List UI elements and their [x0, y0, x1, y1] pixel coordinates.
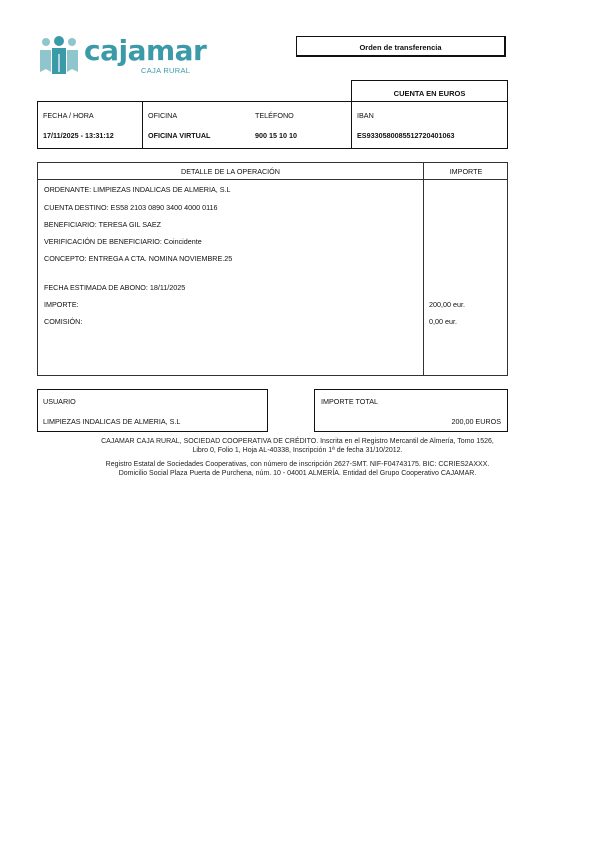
legal-footer: CAJAMAR CAJA RURAL, SOCIEDAD COOPERATIVA… — [0, 437, 595, 478]
operation-detail: DETALLE DE LA OPERACIÓN IMPORTE ORDENANT… — [37, 162, 508, 376]
document-title: Orden de transferencia — [297, 43, 504, 52]
importe-total-label: IMPORTE TOTAL — [321, 398, 378, 405]
value-fecha-hora: 17/11/2025 - 13:31:12 — [43, 132, 114, 139]
footer-line: Libro 0, Folio 1, Hoja AL-40338, Inscrip… — [0, 446, 595, 455]
label-oficina: OFICINA — [148, 112, 177, 119]
divider — [142, 102, 143, 148]
usuario-value: LIMPIEZAS INDALICAS DE ALMERIA, S.L — [43, 418, 180, 425]
detail-line-cuenta-destino: CUENTA DESTINO: ES58 2103 0890 3400 4000… — [44, 204, 218, 211]
value-oficina: OFICINA VIRTUAL — [148, 132, 210, 139]
importe-total-value: 200,00 EUROS — [451, 418, 501, 425]
importe-header: IMPORTE — [424, 168, 508, 175]
people-group-icon — [38, 36, 80, 76]
detail-line-verificacion: VERIFICACIÓN DE BENEFICIARIO: Coincident… — [44, 238, 202, 245]
header-table: FECHA / HORA 17/11/2025 - 13:31:12 OFICI… — [37, 101, 508, 149]
fecha-abono: FECHA ESTIMADA DE ABONO: 18/11/2025 — [44, 284, 185, 291]
divider — [423, 163, 424, 375]
comision-label: COMISIÓN: — [44, 318, 82, 325]
brand-subtitle: CAJA RURAL — [141, 66, 190, 75]
usuario-box: USUARIO LIMPIEZAS INDALICAS DE ALMERIA, … — [37, 389, 268, 432]
divider — [351, 102, 352, 148]
account-type: CUENTA EN EUROS — [352, 89, 507, 98]
footer-line: CAJAMAR CAJA RURAL, SOCIEDAD COOPERATIVA… — [0, 437, 595, 446]
brand-logo: cajamar CAJA RURAL — [38, 36, 208, 78]
usuario-label: USUARIO — [43, 398, 76, 405]
importe-label: IMPORTE: — [44, 301, 79, 308]
document-title-box: Orden de transferencia — [296, 36, 506, 57]
detail-line-concepto: CONCEPTO: ENTREGA A CTA. NOMINA NOVIEMBR… — [44, 255, 232, 262]
detail-header: DETALLE DE LA OPERACIÓN — [38, 168, 423, 175]
brand-name: cajamar — [84, 34, 206, 67]
detail-line-ordenante: ORDENANTE: LIMPIEZAS INDALICAS DE ALMERI… — [44, 186, 231, 193]
label-iban: IBAN — [357, 112, 374, 119]
comision-value: 0,00 eur. — [429, 318, 457, 325]
account-type-box: CUENTA EN EUROS — [351, 80, 508, 102]
footer-line: Registro Estatal de Sociedades Cooperati… — [0, 460, 595, 469]
divider — [38, 179, 507, 180]
value-iban: ES9330580085512720401063 — [357, 132, 455, 139]
detail-line-beneficiario: BENEFICIARIO: TERESA GIL SAEZ — [44, 221, 161, 228]
label-fecha-hora: FECHA / HORA — [43, 112, 94, 119]
label-telefono: TELÉFONO — [255, 112, 294, 119]
importe-total-box: IMPORTE TOTAL 200,00 EUROS — [314, 389, 508, 432]
importe-value: 200,00 eur. — [429, 301, 465, 308]
value-telefono: 900 15 10 10 — [255, 132, 297, 139]
footer-line: Domicilio Social Plaza Puerta de Purchen… — [0, 469, 595, 478]
